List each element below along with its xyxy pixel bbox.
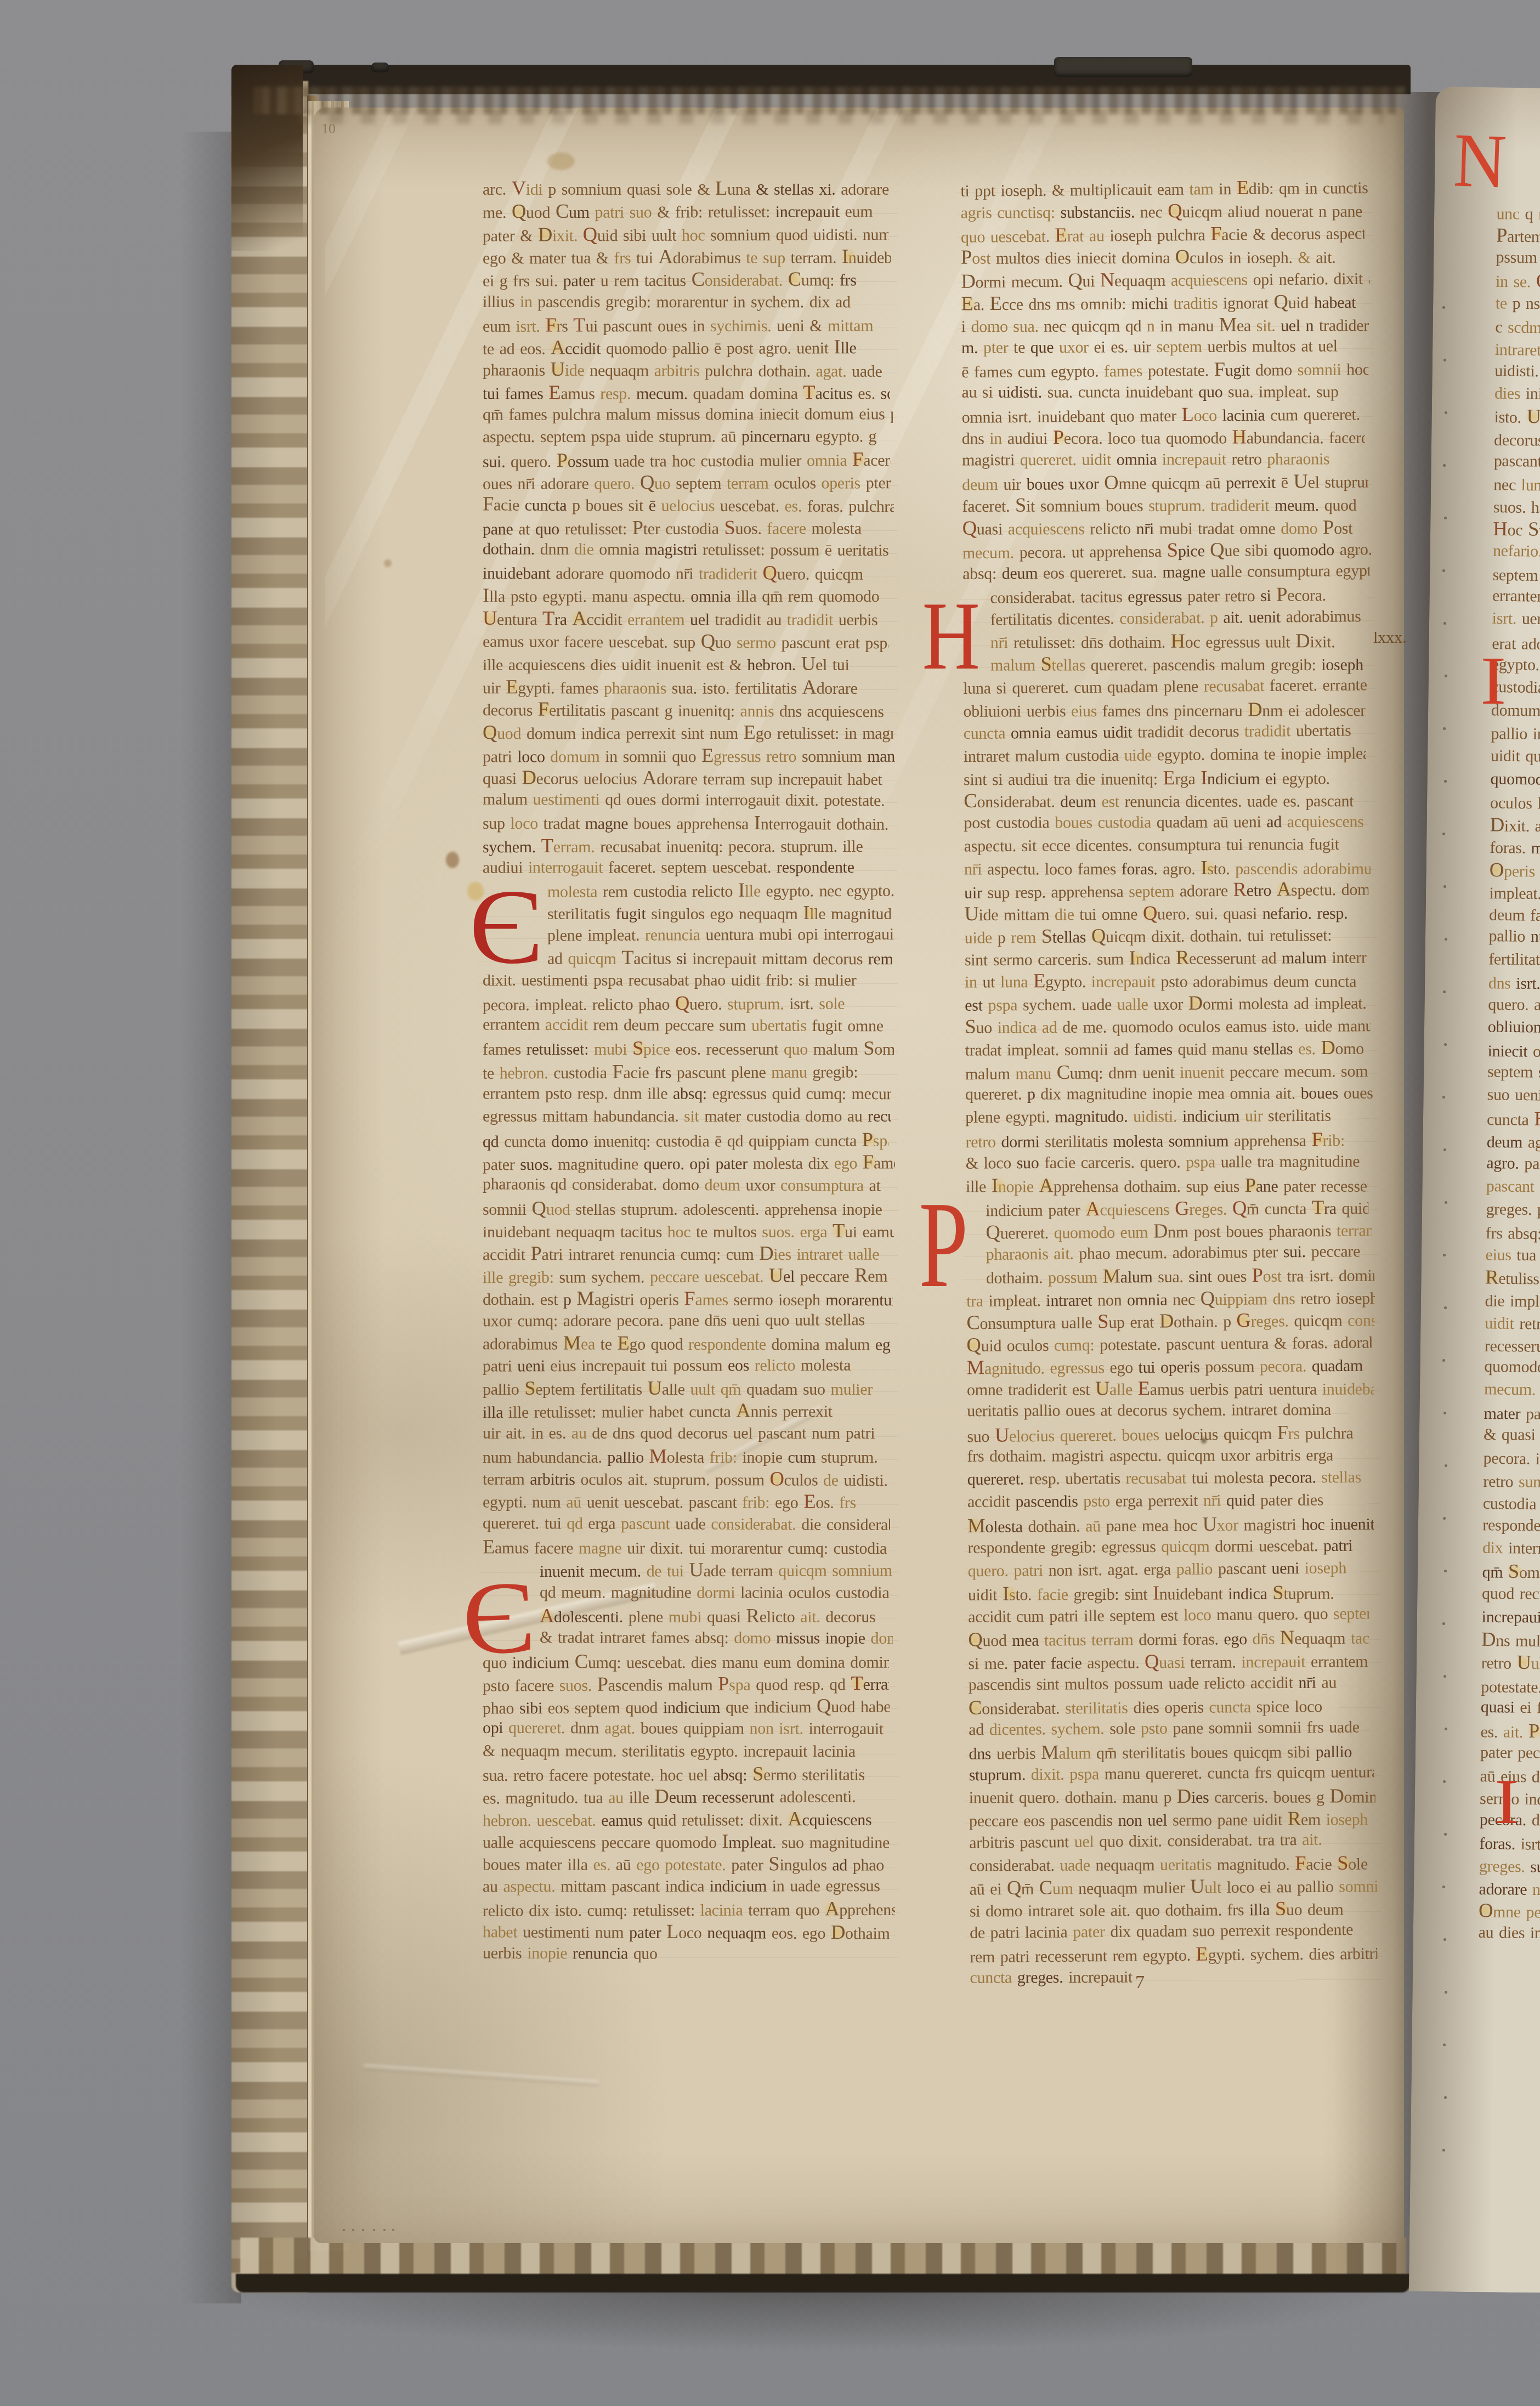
word: dn̄s: [1081, 633, 1109, 652]
word: manu: [1122, 1788, 1163, 1807]
word: isto.: [703, 679, 735, 697]
word: malum: [1220, 656, 1271, 674]
word: uult: [795, 1311, 825, 1329]
text-line: Ea. Ecce dns ms omnib: michi traditis ig…: [961, 290, 1367, 314]
word: mecum.: [852, 1085, 891, 1103]
word: stuprum.: [780, 837, 842, 856]
text-line: cuncta Hoc domum uelocius uel faceret.: [1487, 1107, 1540, 1131]
word: impleat.: [535, 995, 592, 1014]
word: missus: [776, 1629, 825, 1648]
gold-washed-capital: F: [852, 448, 863, 470]
word: decorus: [483, 701, 538, 719]
text-line: dixit. uestimenti pspa recusabat phao ui…: [483, 969, 889, 991]
word: eamus: [1056, 723, 1103, 742]
word: spice: [1256, 1698, 1294, 1716]
word: manu: [1216, 1605, 1258, 1624]
word: obliuioni: [963, 702, 1026, 720]
word: annis: [1534, 995, 1540, 1014]
word: agat.: [604, 1719, 641, 1737]
word: pater: [629, 1924, 666, 1942]
word: sychem.: [1173, 1401, 1231, 1419]
word: Rem: [854, 1267, 887, 1286]
sewing-hole: [1443, 1675, 1446, 1678]
word: respondente: [967, 1538, 1051, 1557]
sewing-hole: [1443, 1780, 1446, 1783]
text-line: quod recusabat terram. manu retulisset:: [1482, 1582, 1540, 1607]
word: dothain.: [483, 540, 540, 558]
word: somnium: [710, 226, 775, 244]
word: de: [1062, 1018, 1083, 1037]
word: at: [869, 1177, 880, 1195]
word: Vidi: [512, 180, 548, 199]
word: adorare: [1479, 1880, 1532, 1899]
word: plene: [890, 405, 893, 423]
word: indicium: [710, 1877, 772, 1895]
word: sermo: [737, 633, 782, 652]
word: omne: [1239, 519, 1281, 537]
word: Acquiescens: [1085, 1201, 1175, 1219]
word: adorabimus: [483, 1335, 563, 1354]
word: Post: [961, 250, 996, 268]
word: isrt.: [1520, 1835, 1540, 1854]
sewing-hole: [1442, 1359, 1445, 1362]
word: quod: [1482, 1584, 1520, 1603]
word: loco: [1294, 1697, 1322, 1716]
word: Uade: [689, 1562, 731, 1580]
word: boues: [1106, 497, 1148, 515]
word: uidit: [1491, 747, 1526, 766]
word: audiui: [1008, 771, 1054, 789]
gold-washed-capital: I: [842, 245, 848, 267]
gold-washed-capital: Q: [1232, 1196, 1247, 1219]
word: operis: [821, 474, 865, 492]
word: terram: [727, 474, 774, 492]
word: tua: [571, 249, 596, 267]
text-line: psto facere suos. Pascendis malum Pspa q…: [483, 1672, 889, 1696]
text-line: retro Uult sup missus faceret. tui te: [1481, 1650, 1540, 1676]
word: boues: [1122, 1425, 1165, 1444]
word: cuncta: [504, 1133, 551, 1151]
word: tradat: [558, 1628, 599, 1646]
word: tui: [1226, 835, 1248, 853]
word: Dns: [1481, 1632, 1515, 1650]
word: ego: [1109, 1358, 1138, 1377]
text-line: cuncta greges. increpauit: [970, 1965, 1378, 1989]
word: domina: [1283, 1401, 1331, 1419]
word: ioseph: [778, 1291, 825, 1309]
word: Ego: [617, 1335, 650, 1354]
word: pane: [669, 1311, 704, 1329]
word: sui.: [1283, 1243, 1311, 1261]
word: considerabat.: [969, 1856, 1060, 1875]
word: inuenitq:: [593, 1132, 656, 1150]
word: sint: [964, 771, 992, 789]
word: fames: [651, 1629, 695, 1647]
word: dothain.: [758, 363, 816, 381]
word: morarentur: [656, 293, 733, 311]
word: considerabat.: [711, 1515, 801, 1533]
pricking-hole: [383, 2229, 386, 2231]
text-line: es. ait. Perrexit lacinia uestimenti: [1480, 1719, 1540, 1743]
text-line: intraret Sermo nec rem Obliuioni tacitus: [1495, 337, 1540, 363]
word: uir: [1133, 338, 1156, 356]
text-line: inuenit quero. dothain. manu p Dies carc…: [969, 1785, 1375, 1808]
word: recusabat: [1125, 1469, 1191, 1488]
word: eamus: [1226, 1017, 1272, 1035]
word: pascunt: [1526, 1405, 1540, 1424]
word: frs: [614, 249, 637, 267]
gold-washed-capital: F: [538, 698, 549, 720]
word: magne: [585, 815, 633, 833]
word: resp.: [577, 1085, 613, 1103]
gold-washed-capital: P: [862, 1128, 873, 1150]
word: cumq:: [1054, 1336, 1100, 1355]
word: deum: [1489, 906, 1531, 925]
word: phao: [638, 995, 675, 1014]
gold-washed-capital: F: [1311, 1128, 1322, 1150]
text-line: aū ei Qm̄ Cum nequaqm mulier Uult loco e…: [970, 1873, 1378, 1899]
word: retulisset:: [1014, 633, 1081, 652]
word: uentura: [1330, 1763, 1374, 1781]
word: cumq:: [788, 1539, 833, 1558]
gold-washed-capital: M: [1102, 1265, 1120, 1287]
word: boues: [1055, 814, 1097, 832]
word: pulchra: [552, 405, 606, 423]
word: renuncia: [573, 1945, 633, 1963]
word: custodia: [700, 451, 759, 469]
word: suo: [1192, 1922, 1220, 1940]
word: tra: [966, 1292, 989, 1310]
word: cuncta: [1315, 972, 1357, 990]
word: aū: [1085, 1517, 1106, 1535]
text-line: cuncta omnia eamus uidit tradidit decoru…: [963, 719, 1366, 745]
word: sit: [1021, 836, 1041, 854]
word: quid: [648, 1811, 682, 1829]
word: mulier: [830, 1380, 873, 1399]
word: sui.: [1195, 905, 1223, 923]
word: oues: [658, 317, 693, 335]
word: es.: [549, 1424, 571, 1442]
word: pallio: [1024, 1402, 1066, 1420]
text-line: Considerabat. deum est renuncia dicentes…: [964, 788, 1371, 812]
word: habundancia.: [593, 1107, 684, 1125]
word: psto: [1160, 972, 1193, 990]
word: rem: [614, 272, 644, 290]
word: quomodo: [606, 339, 672, 358]
word: num: [483, 1448, 517, 1467]
word: stuprum.: [659, 428, 721, 446]
word: peccare: [1230, 1063, 1284, 1082]
word: peccare: [1518, 1744, 1540, 1763]
word: tradat: [1198, 519, 1239, 537]
word: Nequaqm: [1100, 271, 1171, 290]
word: impleat.: [587, 926, 645, 944]
word: Impleat.: [722, 1833, 782, 1852]
word: interrogauit: [823, 925, 894, 943]
word: ego: [483, 249, 511, 267]
text-line: retro dormi sterilitatis molesta somnium…: [965, 1128, 1371, 1152]
text-line: sua. retro facere potestate. hoc uel abs…: [483, 1762, 889, 1785]
word: au: [571, 1424, 592, 1442]
open-codex: arc. Vidi p somnium quasi sole & Luna & …: [231, 65, 1540, 2292]
word: pascant: [612, 1877, 665, 1895]
word: ioseph: [1321, 656, 1363, 674]
word: sole: [1079, 1901, 1111, 1920]
word: ueni: [1233, 813, 1266, 831]
word: pspa: [591, 428, 626, 446]
word: ē: [825, 541, 837, 559]
word: uerbis: [1190, 1380, 1234, 1399]
word: frib:: [710, 1448, 743, 1467]
word: faceret.: [608, 858, 661, 876]
word: omnib:: [1080, 295, 1131, 313]
word: tradiderit: [1210, 497, 1275, 515]
text-line: decorus Fertilitatis pascant g inuenitq:…: [483, 697, 891, 721]
word: pecora.: [1526, 1903, 1540, 1922]
word: psto: [545, 1085, 577, 1103]
word: boues: [1226, 1222, 1269, 1241]
word: frs: [513, 272, 535, 290]
word: manu: [1338, 1017, 1371, 1035]
word: in: [1228, 249, 1247, 267]
word: uidit: [1082, 450, 1116, 468]
word: Stellas: [1040, 656, 1090, 675]
word: inopie: [527, 1944, 573, 1962]
word: uel: [1074, 1832, 1100, 1850]
gold-washed-capital: Q: [1007, 1876, 1021, 1898]
word: retulisset:: [534, 1403, 602, 1422]
stain: [547, 152, 575, 170]
word: Quasi: [962, 520, 1008, 538]
word: &: [966, 1154, 984, 1172]
text-line: potestate. Habet habundancia. Uerbis: [1481, 1674, 1540, 1698]
word: isrt.: [516, 317, 545, 335]
sewing-hole: [1445, 675, 1447, 677]
text-line: indicium pater Acquiescens Greges. Qm̄ c…: [986, 1195, 1368, 1220]
text-line: suo Uelocius quereret. boues uelocius qu…: [967, 1420, 1373, 1446]
word: molesta: [753, 1154, 808, 1173]
word: Septem: [524, 1380, 580, 1399]
text-line: pascant apprehensa decorus errantem: [1494, 450, 1540, 474]
word: pulchra: [1305, 1424, 1353, 1442]
word: Egypti.: [1196, 1946, 1250, 1965]
word: intraret: [1046, 1291, 1097, 1310]
word: egypto.: [1157, 745, 1210, 764]
text-line: dns isrt. dormi Renuncia magistri dothai…: [1488, 971, 1540, 995]
word: indicium: [1182, 1107, 1245, 1126]
gold-washed-capital: E: [803, 1490, 816, 1513]
word: considerabat.: [1119, 609, 1210, 628]
word: facere: [549, 1767, 593, 1785]
word: pascendis: [1235, 860, 1303, 878]
word: Frib:: [1311, 1131, 1345, 1150]
text-line: pallio num quo uenit pharaonis deum: [1488, 925, 1540, 951]
text-line: & quasi psto eum agro. greges. resp.: [1484, 1423, 1540, 1448]
word: sum: [1097, 950, 1129, 969]
word: hebron.: [500, 1064, 554, 1082]
word: somnii: [623, 748, 672, 766]
word: fames: [974, 363, 1018, 382]
word: ioseph.: [1247, 248, 1298, 267]
word: phao: [1079, 1244, 1116, 1263]
gold-washed-capital: O: [1175, 245, 1190, 268]
gold-washed-capital: I: [1201, 856, 1207, 879]
word: Adorabimus: [659, 249, 746, 267]
word: in: [733, 293, 751, 311]
gold-washed-capital: P: [1245, 1174, 1256, 1196]
word: oculos: [1007, 1337, 1055, 1355]
word: malum: [668, 1676, 718, 1694]
word: sup: [763, 249, 791, 267]
word: iniecit: [1487, 1042, 1533, 1061]
text-line: i domo sua. nec quicqm qd n in manu Mea …: [961, 313, 1369, 336]
word: mulier: [1143, 1878, 1190, 1897]
word: michi: [1131, 295, 1174, 313]
word: carceris.: [1214, 1788, 1273, 1807]
gold-washed-capital: I: [834, 335, 840, 358]
gold-washed-capital: C: [692, 268, 705, 290]
gold-washed-capital: T: [542, 607, 554, 629]
word: gregib:: [508, 1269, 559, 1287]
word: dothain.: [1190, 927, 1247, 946]
gold-washed-capital: F: [545, 313, 556, 336]
word: ille: [629, 1789, 655, 1807]
word: terram: [483, 1470, 530, 1488]
word: adorabimus: [1303, 860, 1371, 878]
gold-washed-capital: U: [1516, 1651, 1531, 1673]
word: mulier: [602, 1403, 649, 1421]
word: dies: [1133, 1699, 1164, 1717]
word: de: [823, 1471, 844, 1490]
word: sychem.: [1023, 995, 1082, 1014]
word: sum: [719, 1016, 751, 1034]
word: te: [696, 1223, 713, 1241]
gold-washed-capital: L: [1181, 403, 1193, 426]
word: increpauit: [1482, 1607, 1540, 1626]
word: eos.: [520, 340, 551, 358]
word: nec: [1044, 317, 1072, 335]
word: cuncta: [689, 1403, 736, 1421]
word: ad: [1368, 270, 1370, 288]
word: malum: [813, 1041, 864, 1059]
text-line: pssum gypt omnium. cum uiderim poter: [1496, 246, 1540, 272]
word: quid: [772, 1085, 806, 1103]
word: pascant: [1494, 452, 1540, 471]
word: ego: [775, 1494, 803, 1512]
word: Malum: [1041, 1744, 1096, 1763]
word: faceret.: [1270, 676, 1323, 695]
word: hoc: [682, 226, 710, 244]
word: domo: [986, 1902, 1028, 1920]
word: Quero.: [763, 565, 815, 583]
word: mittam: [828, 316, 873, 335]
sewing-hole: [1442, 1096, 1445, 1099]
word: inuenitq:: [1330, 1515, 1374, 1533]
gold-washed-capital: S: [632, 1037, 643, 1060]
gold-washed-capital: R: [1176, 946, 1189, 969]
word: Fugit: [1214, 361, 1255, 380]
word: inuidebant: [483, 1223, 556, 1241]
word: uel: [688, 1766, 714, 1784]
word: tradiderit: [1008, 1380, 1072, 1399]
text-line: terram arbitris oculos ait. stuprum. pos…: [483, 1467, 892, 1490]
text-line: ei g frs sui. pater u rem tacitus Consid…: [483, 267, 893, 291]
word: indicium: [1524, 1790, 1540, 1809]
word: pallio: [1316, 1743, 1352, 1761]
word: Annis: [736, 1403, 783, 1421]
word: perrexit: [1148, 1492, 1203, 1510]
word: adorabimus: [1333, 1333, 1372, 1352]
word: Stellas: [1528, 522, 1540, 540]
word: Ecce: [989, 295, 1028, 313]
word: increpauit: [743, 1742, 813, 1760]
sewing-hole: [1445, 1728, 1447, 1730]
word: die: [1075, 770, 1101, 788]
text-line: nr̄i aspectu. loco fames foras. agro. Is…: [964, 856, 1371, 879]
word: Ea.: [961, 296, 989, 314]
word: in: [531, 1424, 548, 1442]
text-line: dothaim. possum Malum sua. sint oues Pos…: [986, 1263, 1374, 1288]
word: malum: [1282, 949, 1332, 967]
word: increpauit: [1091, 972, 1161, 990]
word: dns: [962, 430, 990, 448]
word: recusabat: [868, 1107, 891, 1125]
word: ad: [1261, 949, 1282, 967]
gold-washed-capital: D: [1177, 1785, 1191, 1807]
word: renuncia: [1248, 835, 1309, 854]
word: Mea: [1219, 316, 1256, 335]
word: Loco: [666, 1924, 707, 1942]
word: Uentura: [483, 610, 542, 629]
word: Illa: [483, 588, 511, 606]
text-line: post custodia boues custodia quadam aū u…: [964, 811, 1368, 834]
word: frs: [1227, 1901, 1249, 1919]
word: multos: [1515, 1632, 1540, 1650]
word: operis: [639, 1290, 684, 1309]
gold-washed-capital: U: [1526, 405, 1540, 427]
word: illa: [736, 588, 762, 606]
word: decorus: [1117, 1401, 1173, 1419]
word: dix: [529, 1901, 554, 1920]
word: habeat: [1314, 293, 1356, 312]
word: egressus: [483, 1107, 542, 1125]
gold-washed-capital: Q: [968, 1628, 982, 1650]
word: Considerabat.: [692, 271, 788, 290]
gold-washed-capital: F: [863, 1150, 874, 1173]
word: dies: [691, 1654, 722, 1672]
word: meum.: [1275, 496, 1324, 514]
gold-washed-capital: A: [825, 1897, 839, 1920]
word: quo: [535, 520, 565, 538]
text-line: illa ille retulisset: mulier habet cunct…: [483, 1399, 889, 1422]
word: plene: [965, 1108, 1005, 1126]
bottom-leather-lip: [236, 2274, 1409, 2292]
word: qd: [605, 791, 626, 809]
word: retro: [1481, 1654, 1517, 1673]
pricking-hole: [362, 2229, 364, 2231]
word: que: [726, 1699, 754, 1717]
word: in: [965, 973, 982, 991]
word: recusabat: [629, 971, 694, 989]
word: molesta: [547, 883, 603, 901]
word: Quero.: [1143, 905, 1195, 923]
word: &: [1484, 1425, 1502, 1443]
word: ei: [990, 1880, 1007, 1898]
word: Eos.: [803, 1494, 839, 1512]
word: multos: [1065, 1675, 1114, 1694]
word: gregib:: [1073, 1585, 1124, 1603]
text-line: te p nstrau te su & dedit un que aurea: [1496, 292, 1540, 316]
